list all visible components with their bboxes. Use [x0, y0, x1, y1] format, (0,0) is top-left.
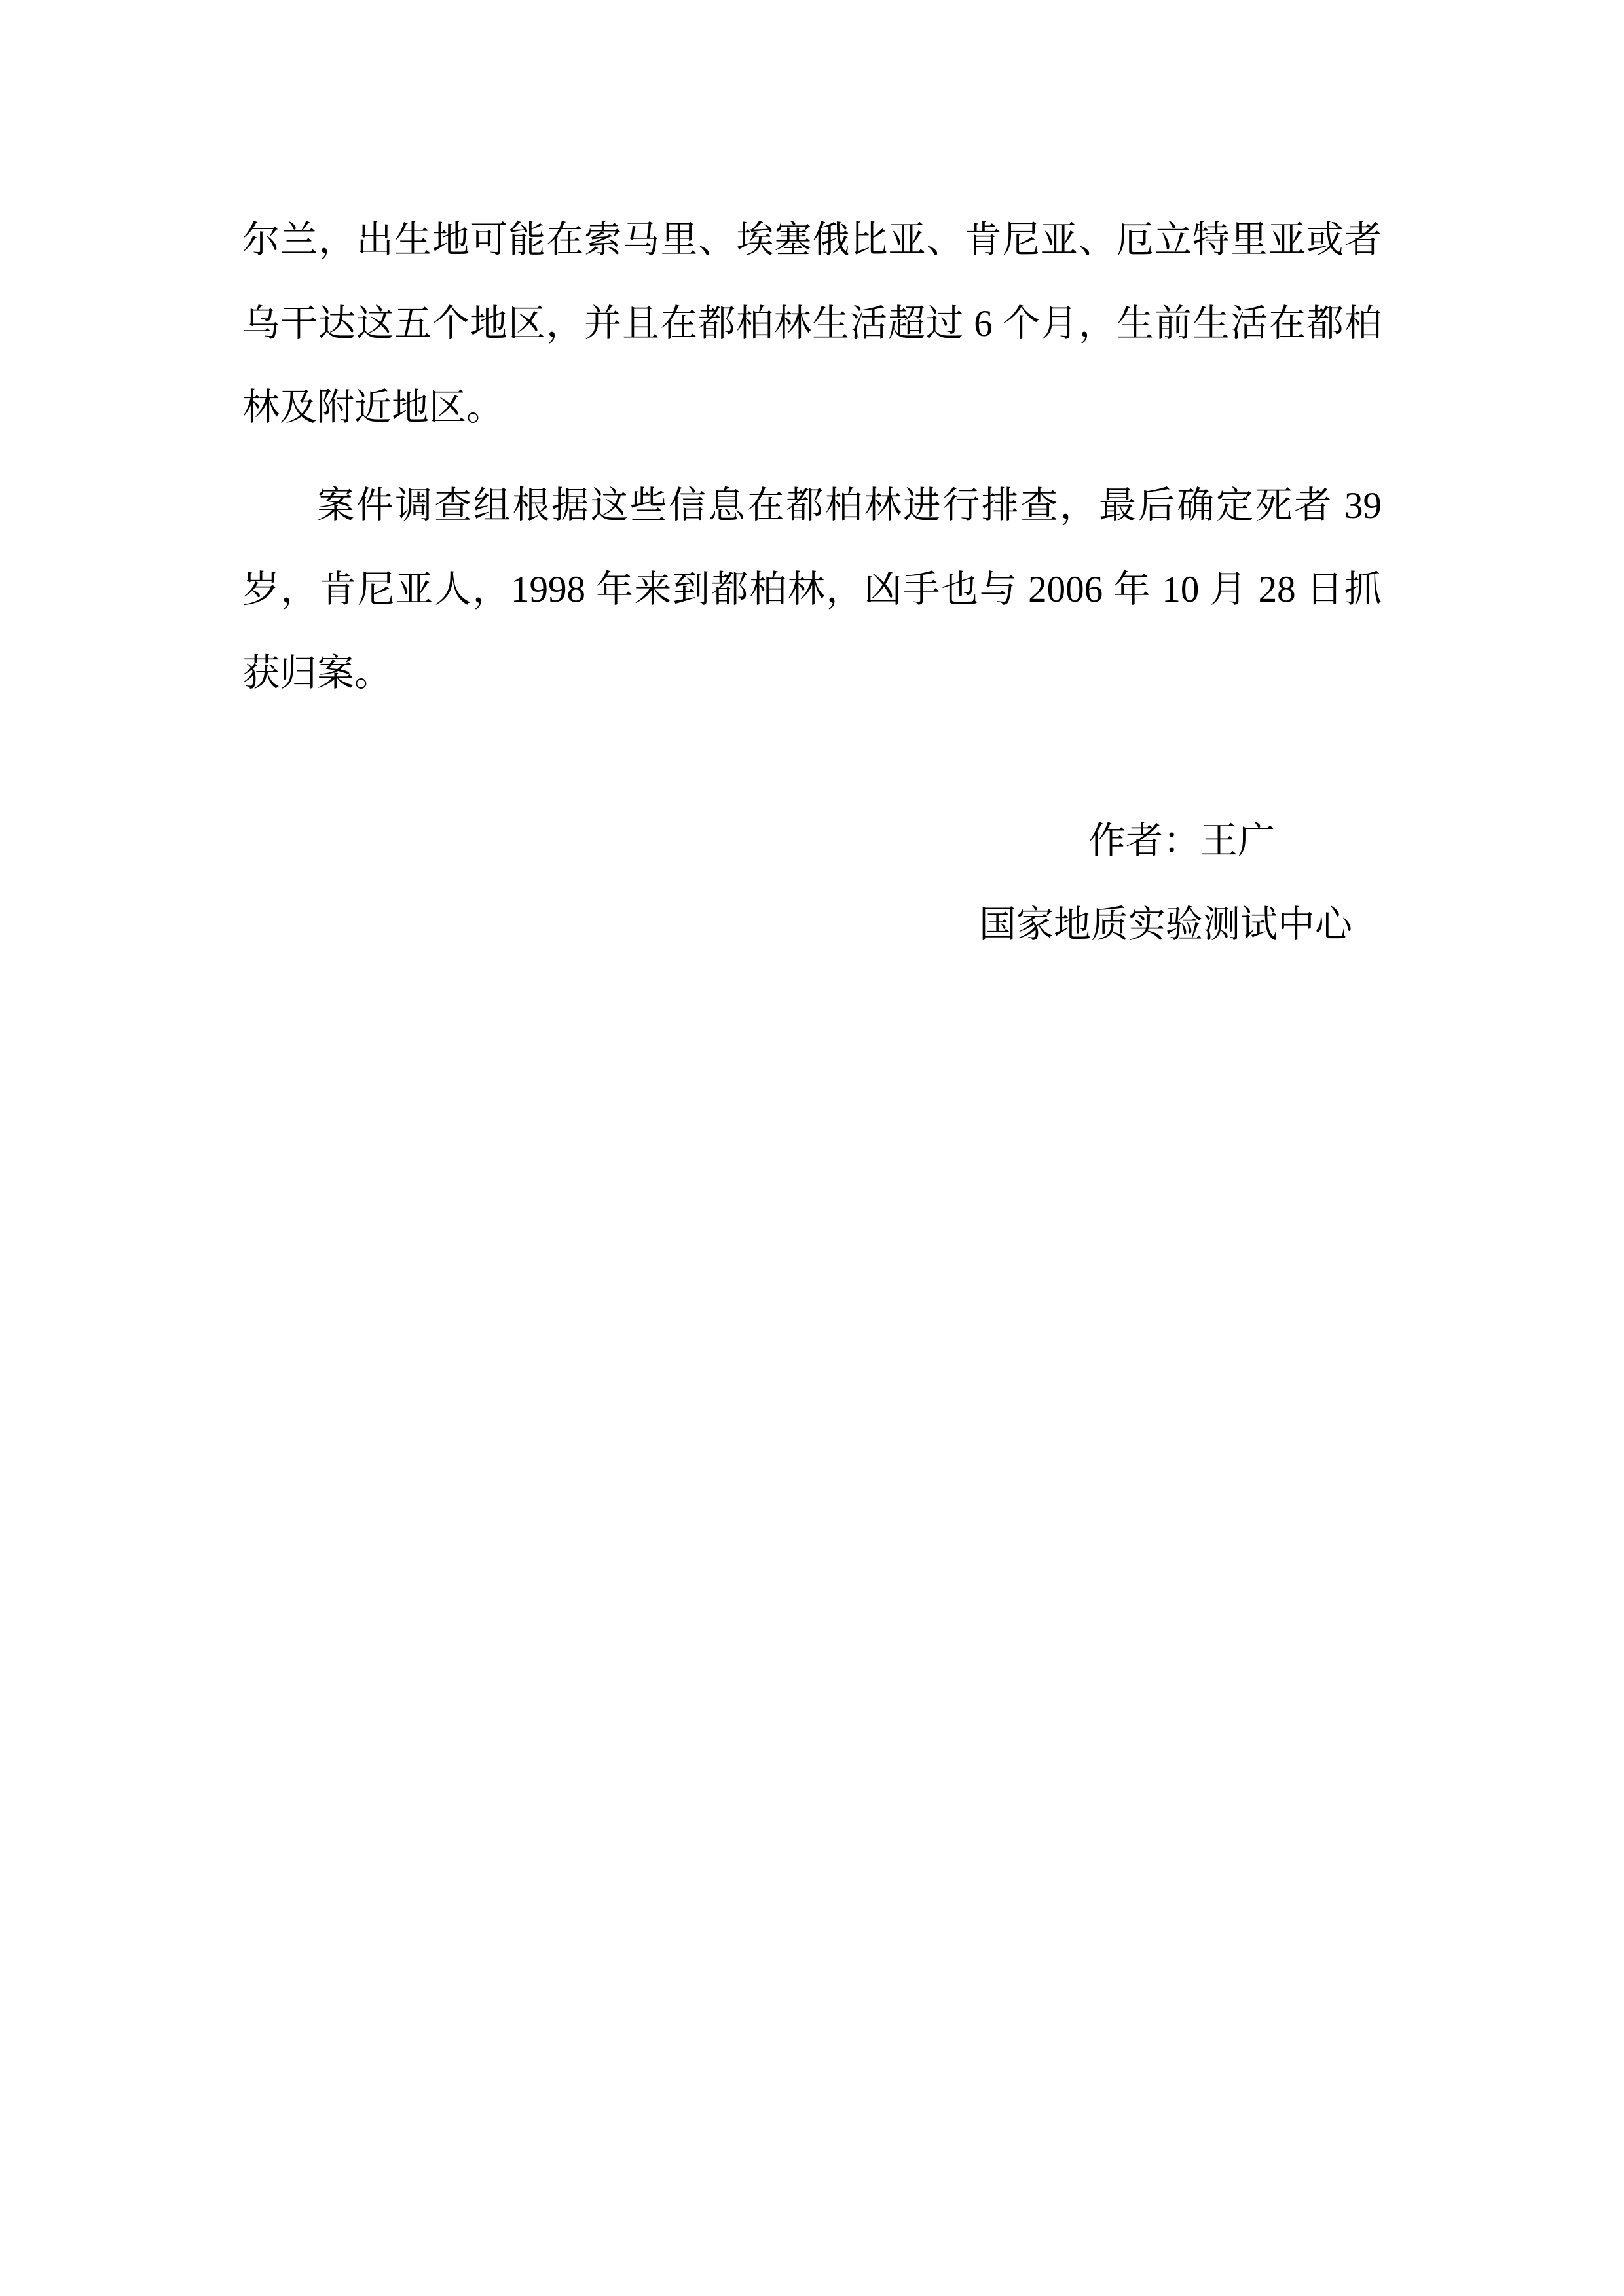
paragraph-1-line-1: 尔兰，出生地可能在索马里、埃塞俄比亚、肯尼亚、厄立特里亚或者 [242, 198, 1382, 282]
paragraph-2-line-3: 获归案。 [242, 632, 1382, 716]
paragraph-1: 尔兰，出生地可能在索马里、埃塞俄比亚、肯尼亚、厄立特里亚或者 乌干达这五个地区，… [242, 198, 1382, 450]
document-body: 尔兰，出生地可能在索马里、埃塞俄比亚、肯尼亚、厄立特里亚或者 乌干达这五个地区，… [242, 198, 1382, 967]
author-line: 作者：王广 [242, 799, 1382, 883]
paragraph-1-line-3: 林及附近地区。 [242, 366, 1382, 450]
paragraph-2-line-1: 案件调查组根据这些信息在都柏林进行排查，最后确定死者 39 [242, 464, 1382, 548]
organization-line: 国家地质实验测试中心 [242, 883, 1382, 967]
paragraph-2-line-2: 岁，肯尼亚人，1998 年来到都柏林，凶手也与 2006 年 10 月 28 日… [242, 548, 1382, 632]
document-page: 尔兰，出生地可能在索马里、埃塞俄比亚、肯尼亚、厄立特里亚或者 乌干达这五个地区，… [0, 0, 1624, 2296]
paragraph-2: 案件调查组根据这些信息在都柏林进行排查，最后确定死者 39 岁，肯尼亚人，199… [242, 464, 1382, 716]
paragraph-1-line-2: 乌干达这五个地区，并且在都柏林生活超过 6 个月，生前生活在都柏 [242, 282, 1382, 366]
signature-block: 作者：王广 国家地质实验测试中心 [242, 799, 1382, 967]
